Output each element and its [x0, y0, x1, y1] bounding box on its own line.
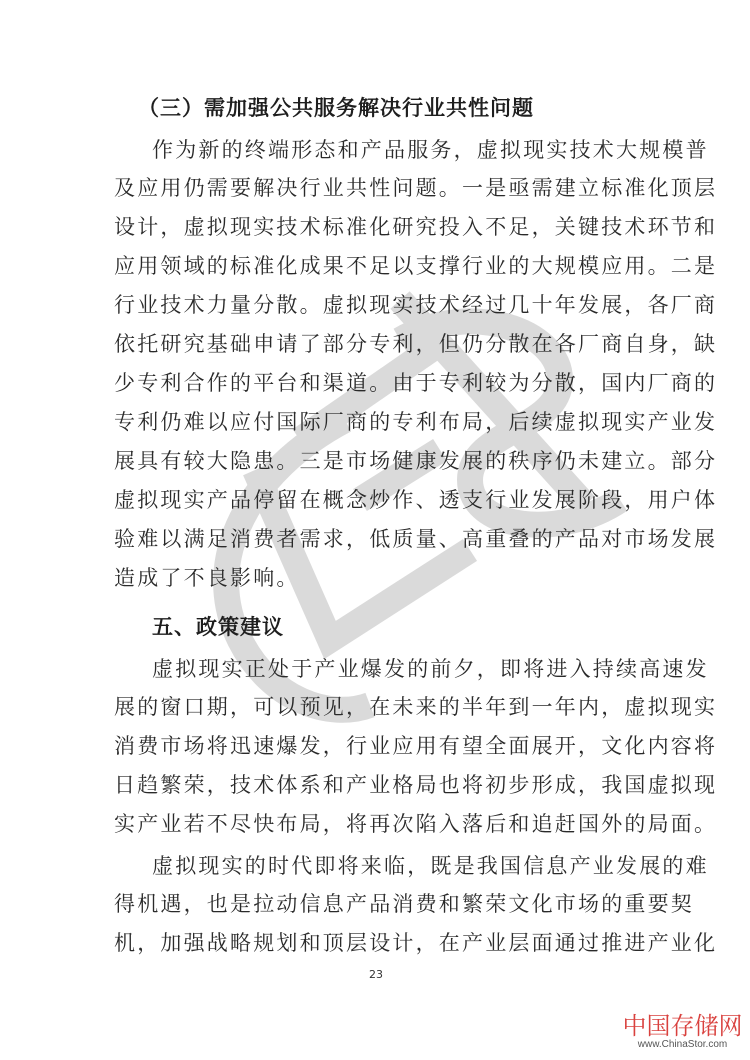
text-line: 实产业若不尽快布局，将再次陷入落后和追赶国外的局面。	[114, 811, 636, 837]
text-line: 机，加强战略规划和顶层设计，在产业层面通过推进产业化	[114, 930, 636, 956]
text-line: 验难以满足消费者需求，低质量、高重叠的产品对市场发展	[114, 526, 636, 552]
page-number: 23	[366, 968, 386, 981]
brand-logo[interactable]: 中国存储网 www.ChinaStor.com	[620, 1012, 745, 1051]
text-line: 应用领域的标准化成果不足以支撑行业的大规模应用。二是	[114, 253, 636, 279]
text-line: 虚拟现实产品停留在概念炒作、透支行业发展阶段，用户体	[114, 487, 636, 513]
section-heading: 五、政策建议	[152, 613, 284, 641]
brand-name: 中国存储网	[620, 1012, 745, 1040]
text-line: 设计，虚拟现实技术标准化研究投入不足，关键技术环节和	[114, 214, 636, 240]
text-line: 专利仍难以应付国际厂商的专利布局，后续虚拟现实产业发	[114, 409, 636, 435]
text-line: 展具有较大隐患。三是市场健康发展的秩序仍未建立。部分	[114, 448, 636, 474]
text-line: 得机遇，也是拉动信息产品消费和繁荣文化市场的重要契	[114, 891, 636, 917]
brand-url[interactable]: www.ChinaStor.com	[620, 1039, 745, 1051]
text-line: 消费市场将迅速爆发，行业应用有望全面展开，文化内容将	[114, 733, 636, 759]
text-line: 依托研究基础申请了部分专利，但仍分散在各厂商自身，缺	[114, 331, 636, 357]
text-line: 虚拟现实的时代即将来临，既是我国信息产业发展的难	[152, 853, 636, 879]
document-page: （三）需加强公共服务解决行业共性问题 作为新的终端形态和产品服务，虚拟现实技术大…	[0, 0, 750, 1060]
text-line: 虚拟现实正处于产业爆发的前夕，即将进入持续高速发	[152, 656, 636, 682]
text-line: 行业技术力量分散。虚拟现实技术经过几十年发展，各厂商	[114, 292, 636, 318]
text-line: 日趋繁荣，技术体系和产业格局也将初步形成，我国虚拟现	[114, 772, 636, 798]
section-heading: （三）需加强公共服务解决行业共性问题	[138, 94, 534, 122]
text-line: 作为新的终端形态和产品服务，虚拟现实技术大规模普	[152, 137, 636, 163]
text-line: 造成了不良影响。	[114, 565, 300, 591]
text-line: 少专利合作的平台和渠道。由于专利较为分散，国内厂商的	[114, 370, 636, 396]
text-line: 展的窗口期，可以预见，在未来的半年到一年内，虚拟现实	[114, 694, 636, 720]
text-line: 及应用仍需要解决行业共性问题。一是亟需建立标准化顶层	[114, 175, 636, 201]
